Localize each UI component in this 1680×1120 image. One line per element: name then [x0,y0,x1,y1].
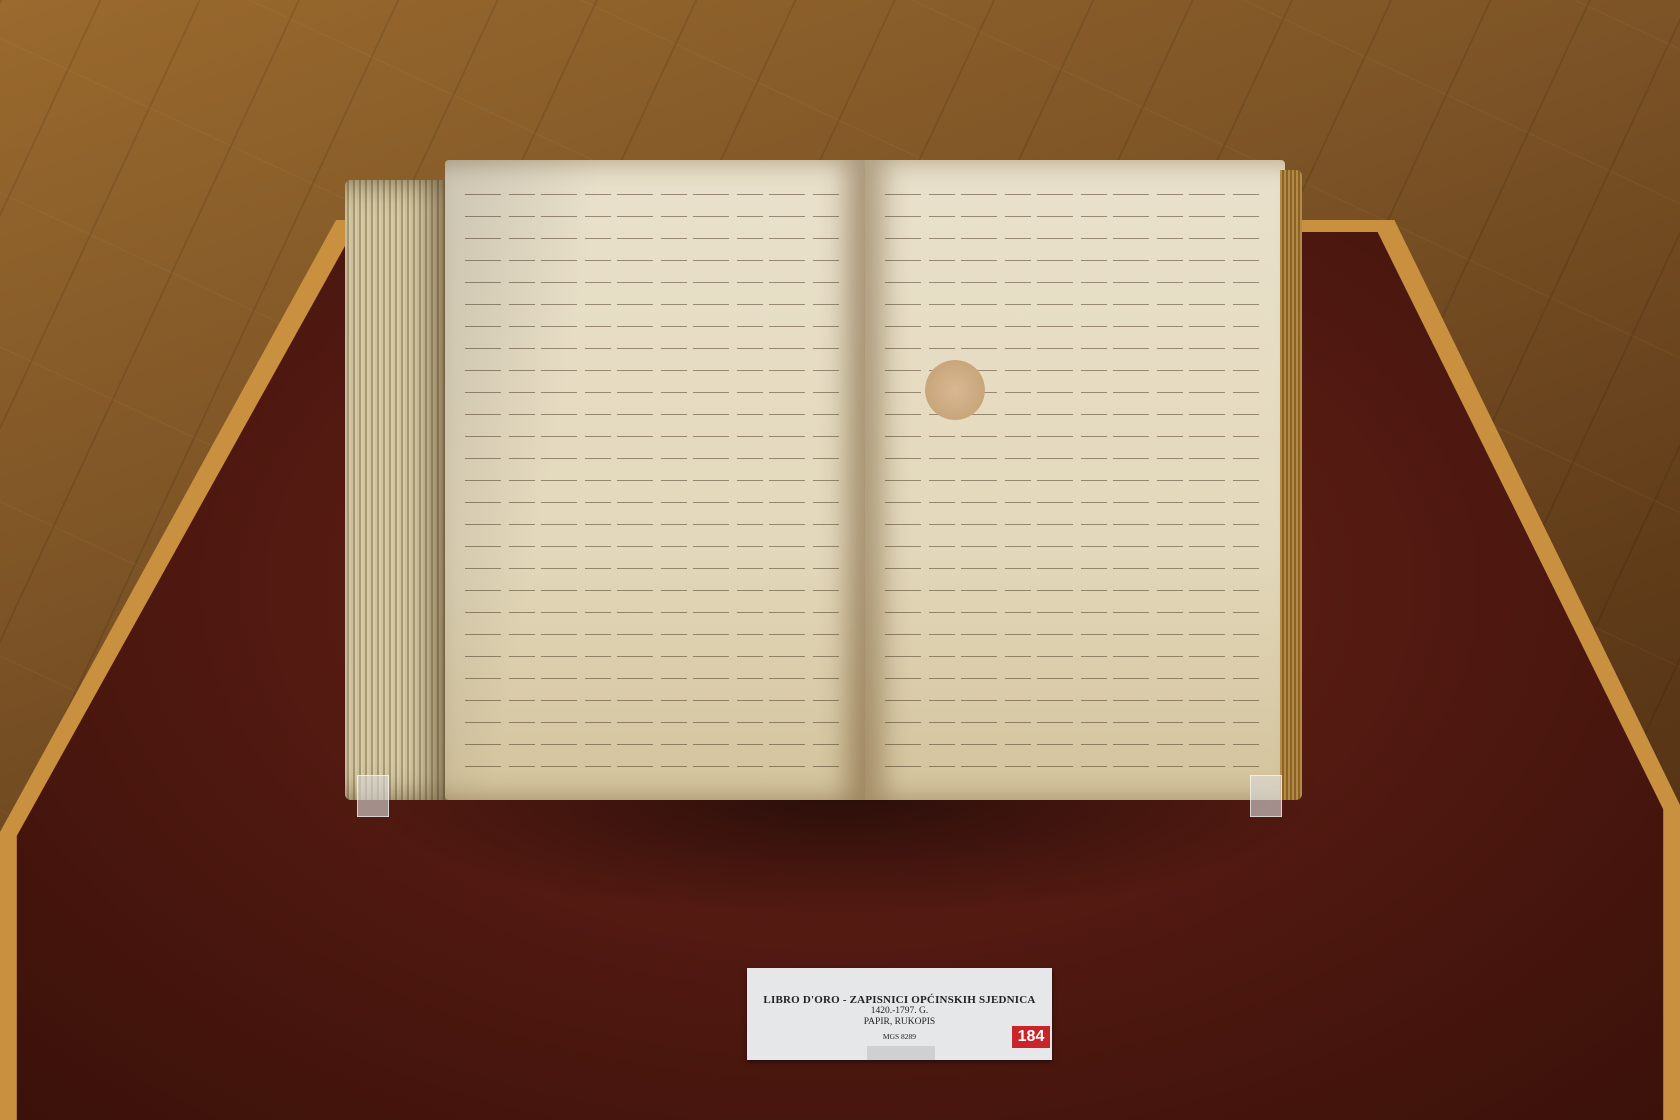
label-title: LIBRO D'ORO - ZAPISNICI OPĆINSKIH SJEDNI… [747,994,1052,1006]
handwriting [885,178,1265,782]
acrylic-stand-left [357,775,389,817]
manuscript-book [345,160,1305,810]
label-material: PAPIR, RUKOPIS [747,1017,1052,1028]
acrylic-stand-right [1250,775,1282,817]
paper-seal [925,360,985,420]
left-page [445,160,865,800]
book-back-edge [1280,170,1302,800]
exhibit-number-badge: 184 [1012,1026,1050,1048]
book-fore-edge [345,180,455,800]
label-stand [867,1046,935,1060]
page-shading [445,160,865,800]
right-page [865,160,1285,800]
label-inventory: MGS 8289 [747,1032,1052,1041]
exhibit-label: LIBRO D'ORO - ZAPISNICI OPĆINSKIH SJEDNI… [747,968,1052,1060]
label-dates: 1420.-1797. G. [747,1006,1052,1017]
